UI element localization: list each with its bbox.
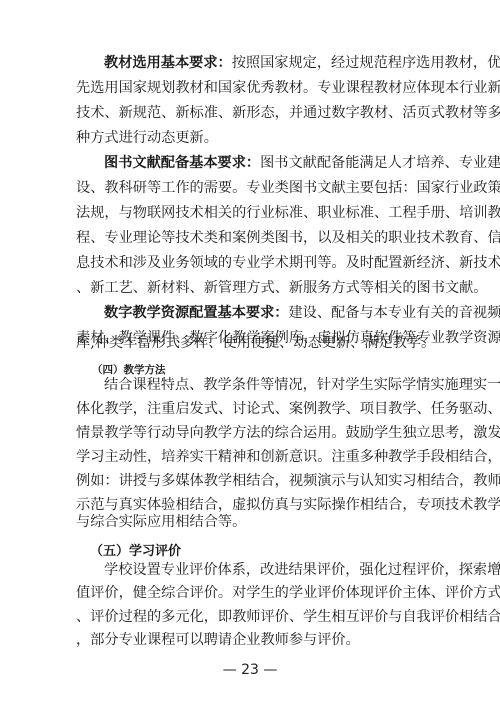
document-page: 教材选用基本要求：按照国家规定，经过规范程序选用教材，优 先选用国家规划教材和国… xyxy=(0,0,500,707)
paragraph-line: 先选用国家规划教材和国家优秀教材。专业课程教材应体现本行业新 xyxy=(76,79,426,97)
bold-lead: 教材选用基本要求： xyxy=(104,55,232,71)
paragraph-line: 例如：讲授与多媒体教学相结合，视频演示与认知实习相结合，教师 xyxy=(76,472,426,490)
page-number: — 23 — xyxy=(0,661,500,679)
paragraph-line: 教材选用基本要求：按照国家规定，经过规范程序选用教材，优 xyxy=(104,54,426,72)
paragraph-line: 学习主动性，培养实干精神和创新意识。注重多种教学手段相结合， xyxy=(76,448,426,466)
paragraph-line: 种方式进行动态更新。 xyxy=(76,129,426,147)
paragraph-line: 库,种类丰富形式多样、使用便捷、动态更新、满足教学。 xyxy=(76,334,426,352)
paragraph-line: 情景教学等行动导向教学方法的综合运用。鼓励学生独立思考，激发 xyxy=(76,424,426,442)
paragraph-line: 示范与真实体验相结合，虚拟仿真与实际操作相结合，专项技术教学 xyxy=(76,496,426,514)
paragraph-line: 数字教学资源配置基本要求：建设、配备与本专业有关的音视频 xyxy=(104,304,426,322)
paragraph-line: 与综合实际应用相结合等。 xyxy=(76,513,426,531)
paragraph-line: 程、专业理论等技术类和案例类图书，以及相关的职业技术教育、信 xyxy=(76,229,426,247)
paragraph-line: 结合课程特点、教学条件等情况，针对学生实际学情实施理实一 xyxy=(104,376,426,394)
paragraph-line: 技术、新规范、新标准、新形态，并通过数字教材、活页式教材等多 xyxy=(76,104,426,122)
section-heading: （五）学习评价 xyxy=(90,544,181,560)
paragraph-line: 、评价过程的多元化，即教师评价、学生相互评价与自我评价相结合 xyxy=(76,608,426,626)
paragraph-line: 图书文献配备基本要求：图书文献配备能满足人才培养、专业建 xyxy=(104,154,426,172)
section-heading: （四）教学方法 xyxy=(92,363,166,377)
paragraph-line: 法规，与物联网技术相关的行业标准、职业标准、工程手册、培训教 xyxy=(76,204,426,222)
bold-lead: 图书文献配备基本要求： xyxy=(104,155,260,171)
paragraph-line: 设、教科研等工作的需要。专业类图书文献主要包括：国家行业政策 xyxy=(76,179,426,197)
paragraph-line: 学校设置专业评价体系，改进结果评价，强化过程评价，探索增 xyxy=(104,561,426,579)
bold-lead: 数字教学资源配置基本要求： xyxy=(104,305,288,321)
paragraph-line: 体化教学，注重启发式、讨论式、案例教学、项目教学、任务驱动、 xyxy=(76,400,426,418)
paragraph-line: 值评价，健全综合评价。对学生的学业评价体现评价主体、评价方式 xyxy=(76,584,426,602)
paragraph-line: 、新工艺、新材料、新管理方式、新服务方式等相关的图书文献。 xyxy=(76,279,426,297)
paragraph-line: ，部分专业课程可以聘请企业教师参与评价。 xyxy=(76,631,426,649)
paragraph-line: 息技术和涉及业务领域的专业学术期刊等。及时配置新经济、新技术 xyxy=(76,254,426,272)
